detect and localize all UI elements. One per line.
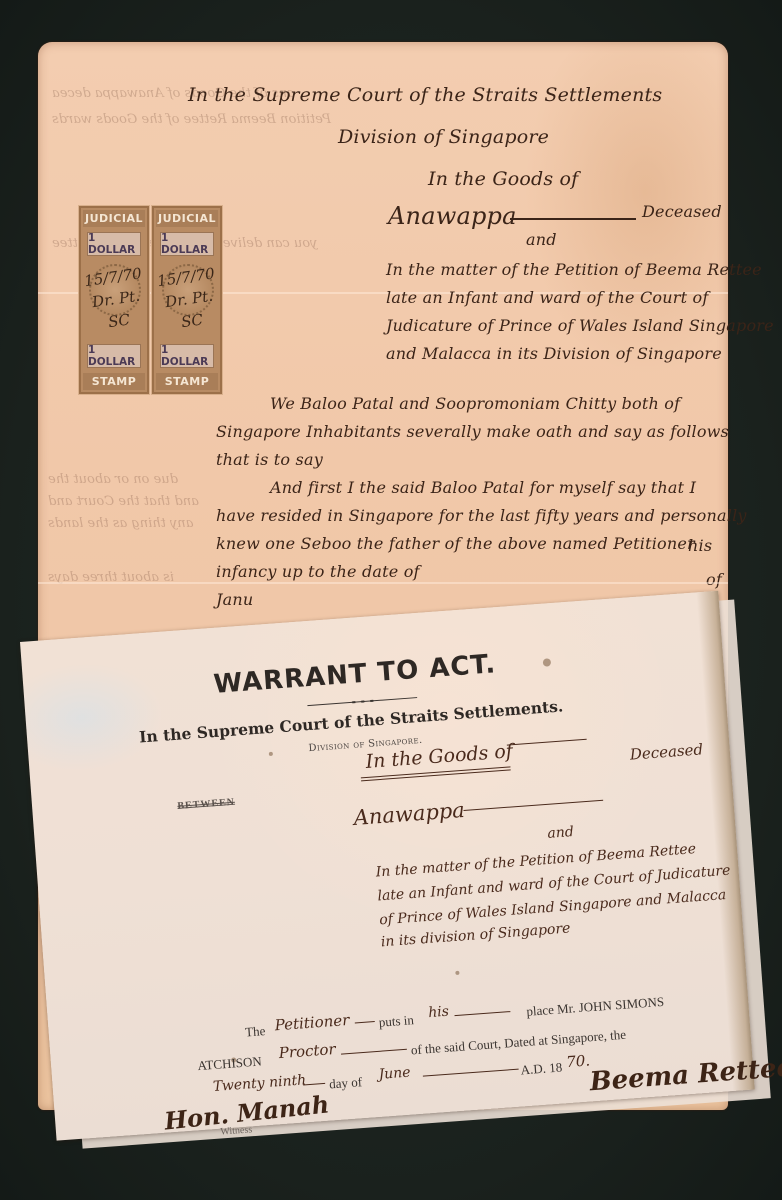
form-party-handwritten: Petitioner — [274, 1011, 350, 1034]
stamp-top-label: JUDICIAL — [156, 210, 218, 227]
bleed-through-text: any thing as the lands — [48, 516, 193, 531]
stamp-top-label: JUDICIAL — [83, 210, 145, 227]
affidavit-and: and — [526, 230, 557, 249]
form-rule — [454, 1011, 510, 1016]
foxing-spot — [455, 971, 459, 975]
warrant-sheet-group: WARRANT TO ACT. In the Supreme Court of … — [6, 560, 776, 1160]
form-ad: A.D. 18 — [520, 1059, 563, 1078]
affidavit-body-line: that is to say — [216, 450, 323, 469]
form-pronoun-handwritten: his — [428, 1004, 450, 1021]
warrant-deceased-name: Anawappa — [353, 798, 466, 830]
warrant-title: WARRANT TO ACT. — [213, 649, 498, 700]
stamp-value-bottom: 1 DOLLAR — [87, 344, 141, 368]
stamp-bottom-label: STAMP — [83, 373, 145, 390]
affidavit-body-line: And first I the said Baloo Patal for mys… — [270, 478, 696, 497]
stamp-value-top: 1 DOLLAR — [87, 232, 141, 256]
bleed-through-text: Petition Beema Rettee of the Goods wards — [52, 112, 331, 127]
foxing-spot — [543, 658, 552, 667]
foxing-spot — [269, 752, 273, 756]
affidavit-division-heading: Division of Singapore — [338, 126, 549, 148]
judicial-stamp: JUDICIAL 1 DOLLAR 15/7/70 Dr. Pt. SC 1 D… — [79, 206, 149, 394]
form-month-handwritten: June — [378, 1065, 411, 1083]
form-puts-in: puts in — [378, 1012, 414, 1031]
form-role-handwritten: Proctor — [278, 1040, 336, 1062]
stamp-bottom-label: STAMP — [156, 373, 218, 390]
affidavit-matter-line: In the matter of the Petition of Beema R… — [386, 260, 762, 279]
affidavit-matter-line: late an Infant and ward of the Court of — [386, 288, 709, 307]
stamp-value-bottom: 1 DOLLAR — [160, 344, 214, 368]
affidavit-body-line: have resided in Singapore for the last f… — [216, 506, 747, 525]
ornamental-rule — [307, 697, 417, 706]
form-rule — [355, 1021, 375, 1024]
stamp-value-top: 1 DOLLAR — [160, 232, 214, 256]
affidavit-deceased-rule — [510, 218, 636, 220]
warrant-to-act-form: WARRANT TO ACT. In the Supreme Court of … — [20, 591, 755, 1141]
bleed-through-text: and that the Court and — [48, 494, 199, 509]
judicial-stamp: JUDICIAL 1 DOLLAR 15/7/70 Dr. Pt. SC 1 D… — [152, 206, 222, 394]
form-of-court: of the said Court, Dated at Singapore, t… — [410, 1027, 626, 1059]
affidavit-body-line: Singapore Inhabitants severally make oat… — [216, 422, 729, 441]
affidavit-body-line: knew one Seboo the father of the above n… — [216, 534, 695, 553]
form-rule — [423, 1069, 519, 1077]
form-day-handwritten: Twenty ninth — [213, 1072, 307, 1095]
struck-between-label: BETWEEN — [177, 797, 235, 812]
form-place-attorney: place Mr. JOHN SIMONS — [526, 994, 665, 1020]
form-year-handwritten: 70. — [566, 1051, 591, 1071]
stamp-cancellation: 15/7/70 Dr. Pt. SC — [154, 262, 225, 336]
affidavit-body-line: We Baloo Patal and Soopromoniam Chitty b… — [270, 394, 680, 413]
affidavit-deceased-label: Deceased — [642, 202, 722, 221]
form-day-of: day of — [329, 1074, 363, 1092]
form-atchison: ATCHISON — [197, 1053, 262, 1074]
form-rule — [341, 1049, 407, 1055]
warrant-and: and — [547, 824, 574, 842]
warrant-deceased-label: Deceased — [629, 740, 703, 763]
affidavit-goods-of: In the Goods of — [428, 168, 578, 190]
form-the: The — [245, 1023, 266, 1040]
affidavit-matter-line: and Malacca in its Division of Singapore — [386, 344, 722, 363]
affidavit-deceased-name: Anawappa — [388, 202, 517, 230]
affidavit-court-heading: In the Supreme Court of the Straits Sett… — [188, 84, 662, 106]
affidavit-matter-line: Judicature of Prince of Wales Island Sin… — [386, 316, 774, 335]
bleed-through-text: due on or about the — [48, 472, 178, 487]
goods-of-rule — [507, 739, 587, 746]
stamp-cancellation: 15/7/70 Dr. Pt. SC — [81, 262, 152, 336]
affidavit-margin-fragment: his — [688, 536, 712, 555]
form-rule — [303, 1083, 325, 1086]
deceased-name-rule — [463, 800, 603, 811]
